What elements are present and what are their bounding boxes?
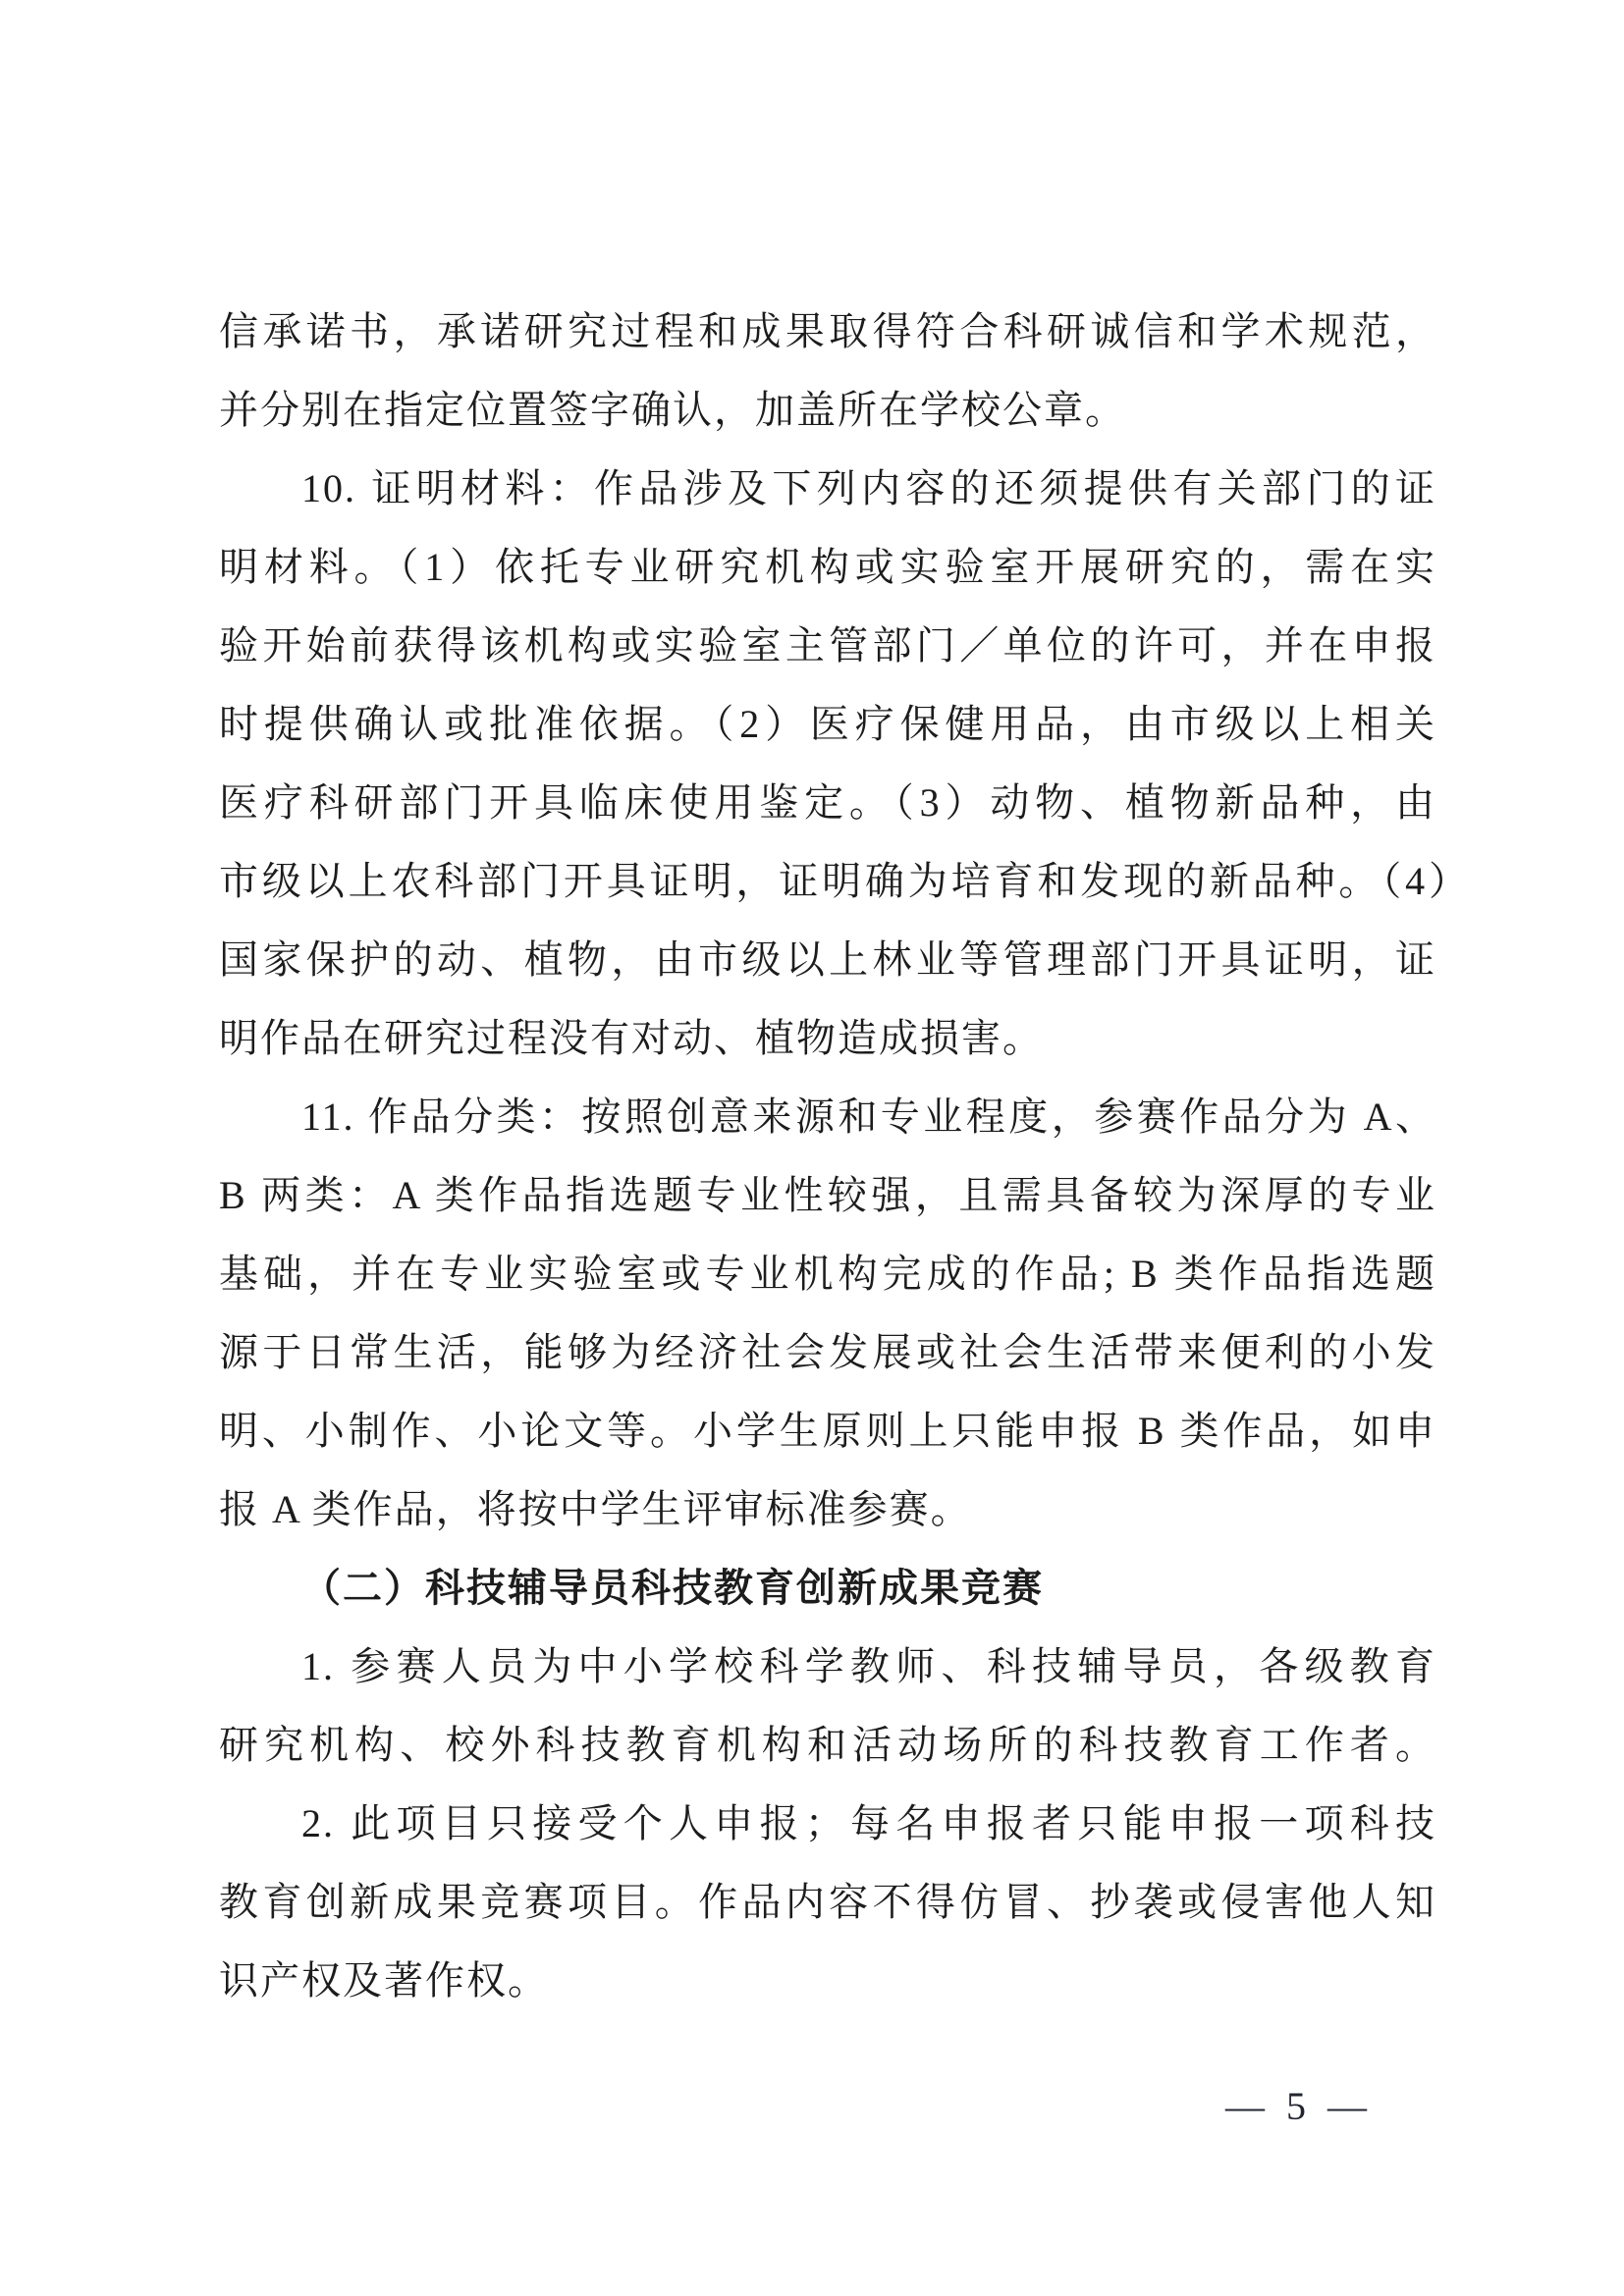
text-block: 信承诺书，承诺研究过程和成果取得符合科研诚信和学术规范， 并分别在指定位置签字确… bbox=[219, 293, 1470, 2020]
text-line: 明材料。（1）依托专业研究机构或实验室开展研究的，需在实 bbox=[219, 528, 1436, 607]
text-line: 基础，并在专业实验室或专业机构完成的作品; B 类作品指选题 bbox=[219, 1235, 1436, 1313]
text-line: 医疗科研部门开具临床使用鉴定。（3）动物、植物新品种，由 bbox=[219, 764, 1436, 842]
paragraph-start-line: 10. 证明材料：作品涉及下列内容的还须提供有关部门的证 bbox=[219, 450, 1436, 528]
text-line: 国家保护的动、植物，由市级以上林业等管理部门开具证明，证 bbox=[219, 921, 1436, 999]
text-line: 研究机构、校外科技教育机构和活动场所的科技教育工作者。 bbox=[219, 1706, 1436, 1785]
document-page: 信承诺书，承诺研究过程和成果取得符合科研诚信和学术规范， 并分别在指定位置签字确… bbox=[0, 0, 1624, 2296]
text-line: 市级以上农科部门开具证明，证明确为培育和发现的新品种。（4） bbox=[219, 842, 1470, 921]
text-line: 验开始前获得该机构或实验室主管部门／单位的许可，并在申报 bbox=[219, 607, 1436, 685]
page-number: — 5 — bbox=[1225, 2079, 1373, 2134]
text-line: 报 A 类作品，将按中学生评审标准参赛。 bbox=[219, 1470, 1436, 1549]
text-line: 教育创新成果竞赛项目。作品内容不得仿冒、抄袭或侵害他人知 bbox=[219, 1863, 1436, 1942]
text-line: 识产权及著作权。 bbox=[219, 1942, 1436, 2020]
text-line: 信承诺书，承诺研究过程和成果取得符合科研诚信和学术规范， bbox=[219, 293, 1436, 371]
paragraph-start-line: 1. 参赛人员为中小学校科学教师、科技辅导员，各级教育 bbox=[219, 1628, 1436, 1706]
paragraph-start-line: 2. 此项目只接受个人申报；每名申报者只能申报一项科技 bbox=[219, 1785, 1436, 1863]
text-line: B 两类：A 类作品指选题专业性较强，且需具备较为深厚的专业 bbox=[219, 1156, 1436, 1235]
section-heading: （二）科技辅导员科技教育创新成果竞赛 bbox=[219, 1549, 1436, 1628]
text-line: 源于日常生活，能够为经济社会发展或社会生活带来便利的小发 bbox=[219, 1313, 1436, 1392]
text-line: 时提供确认或批准依据。（2）医疗保健用品，由市级以上相关 bbox=[219, 685, 1436, 764]
text-line: 明作品在研究过程没有对动、植物造成损害。 bbox=[219, 999, 1436, 1078]
text-line: 明、小制作、小论文等。小学生原则上只能申报 B 类作品，如申 bbox=[219, 1392, 1436, 1470]
text-line: 并分别在指定位置签字确认，加盖所在学校公章。 bbox=[219, 371, 1436, 450]
paragraph-start-line: 11. 作品分类：按照创意来源和专业程度，参赛作品分为 A、 bbox=[219, 1078, 1436, 1156]
